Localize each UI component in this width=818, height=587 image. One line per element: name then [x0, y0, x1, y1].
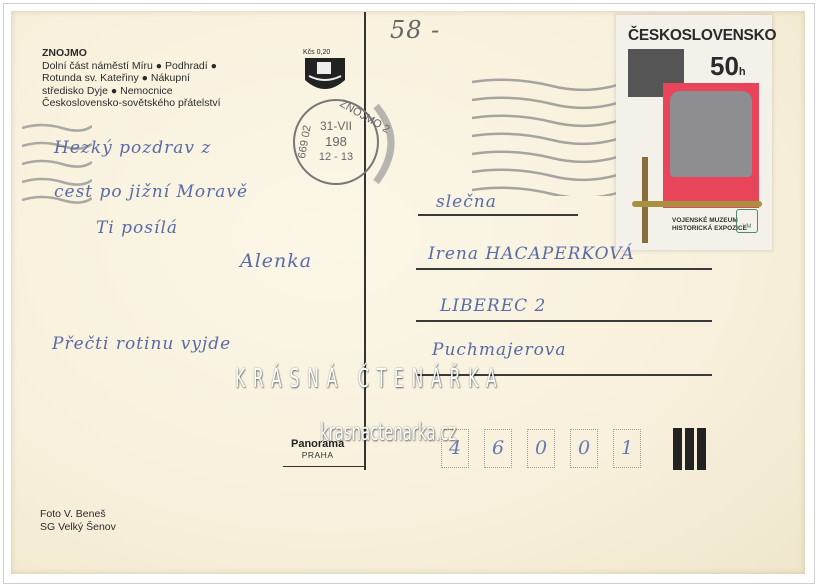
stamp-value: 50h: [710, 51, 746, 82]
svg-text:12 - 13: 12 - 13: [319, 151, 353, 163]
svg-text:198: 198: [325, 134, 347, 149]
stamp-country: ČESKOSLOVENSKO: [628, 27, 776, 45]
cancellation-lines-right: [472, 78, 632, 196]
postscript: Přečti rotinu vyjde: [52, 334, 231, 354]
tourism-logo: Kčs 0,20: [293, 46, 359, 102]
center-divider: [364, 12, 366, 470]
sword-icon: [632, 201, 762, 207]
svg-text:31-VII: 31-VII: [320, 119, 352, 133]
caption-line: Československo-sovětského přátelství: [42, 97, 221, 110]
address-rule: [418, 214, 578, 216]
caption-line: Rotunda sv. Kateřiny ● Nákupní: [42, 72, 221, 85]
address-salutation: slečna: [436, 192, 497, 212]
photo-credit: Foto V. Beneš SG Velký Šenov: [40, 508, 116, 533]
postcode-box: 0: [570, 429, 598, 468]
caption-line: Dolní část náměstí Míru ● Podhradí ●: [42, 60, 221, 73]
postal-bars-icon: [673, 428, 709, 475]
museum-emblem-icon: VM: [736, 209, 758, 233]
postage-stamp: ČESKOSLOVENSKO 50h VOJENSKÉ MUZEUM HISTO…: [618, 17, 770, 248]
postcode-box: 6: [484, 429, 512, 468]
svg-text:Kčs 0,20: Kčs 0,20: [303, 49, 330, 56]
postcode-box: 1: [613, 429, 641, 468]
address-city: LIBEREC 2: [440, 296, 546, 316]
watermark-title: KRÁSNÁ ČTENÁŘKA: [235, 364, 504, 394]
sword-hilt-icon: [642, 157, 648, 243]
address-name: Irena HACAPERKOVÁ: [428, 244, 635, 264]
credit-line: Foto V. Beneš: [40, 508, 116, 521]
postcard-caption: ZNOJMO Dolní část náměstí Míru ● Podhrad…: [42, 47, 221, 110]
caption-line: středisko Dyje ● Nemocnice: [42, 85, 221, 98]
address-rule: [416, 320, 712, 322]
credit-line: SG Velký Šenov: [40, 521, 116, 534]
publisher-rule: [283, 466, 365, 467]
address-rule: [416, 268, 712, 270]
caption-title: ZNOJMO: [42, 47, 221, 60]
postmark: 31-VII 198 12 - 13 669 02 ZNOJMO 2: [288, 96, 408, 188]
pencil-note: 58 -: [390, 16, 440, 44]
message-line: cest po jižní Moravě: [54, 182, 248, 202]
svg-text:669 02: 669 02: [296, 124, 314, 159]
publisher-city: PRAHA: [291, 450, 344, 460]
watermark-url: krasnactenarka.cz: [320, 418, 456, 446]
postcode-box: 0: [527, 429, 555, 468]
address-street: Puchmajerova: [432, 340, 567, 360]
castle-shield-icon: Kčs 0,20: [293, 46, 359, 102]
message-line: Ti posílá: [96, 218, 178, 238]
signature: Alenka: [240, 250, 312, 272]
message-line: Hezký pozdrav z: [54, 138, 211, 158]
chainmail-icon: [670, 91, 752, 177]
